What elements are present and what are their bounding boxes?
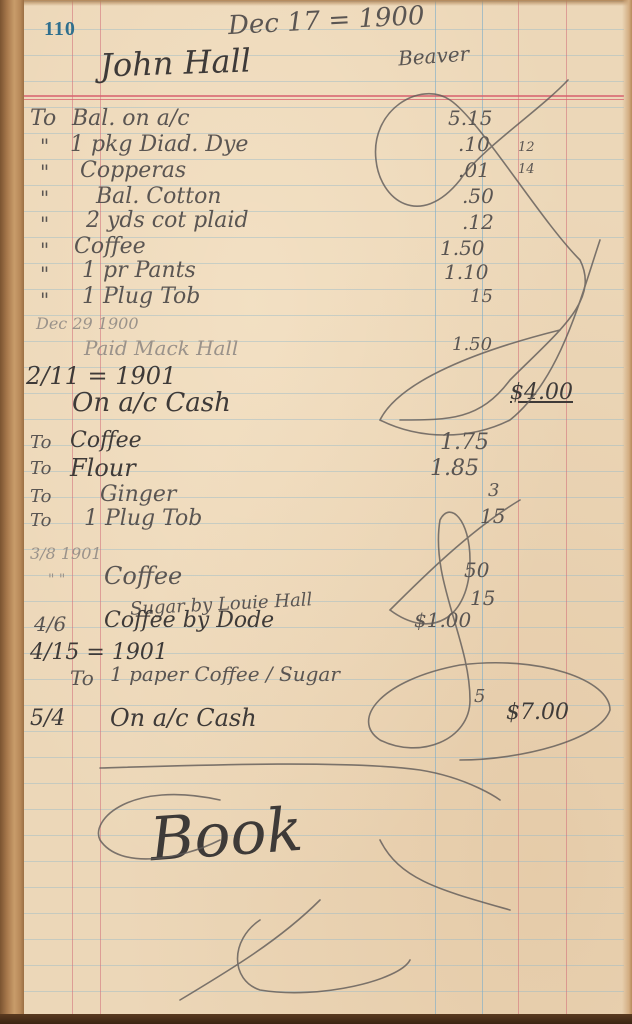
- entry-description: 1 pr Pants: [82, 258, 196, 283]
- entry-amount: 1.50: [452, 334, 492, 355]
- entry-mark: ": [40, 160, 49, 184]
- entry-description: Bal. on a/c: [72, 106, 190, 131]
- entry-description: 1 Plug Tob: [82, 284, 200, 309]
- entry-mark: To: [30, 432, 51, 453]
- entry-date: 3/8 1901: [30, 544, 102, 563]
- page-bottom-edge: [0, 1014, 632, 1024]
- entry-mark: To: [70, 666, 94, 690]
- entry-mark: To: [30, 486, 51, 507]
- entry-amount: .01: [458, 158, 490, 182]
- entry-amount: 5.15: [448, 106, 493, 130]
- entry-description: Coffee: [74, 234, 146, 259]
- entry-date: 5/4: [30, 706, 65, 731]
- credit-description: On a/c Cash: [72, 388, 231, 418]
- entry-description: On a/c Cash: [110, 704, 257, 732]
- entry-description: 2 yds cot plaid: [86, 208, 249, 233]
- entry-amount: 15: [480, 504, 505, 528]
- entry-mark: To: [30, 106, 56, 131]
- entry-mark: ": [40, 238, 49, 262]
- entry-description: Bal. Cotton: [96, 184, 221, 209]
- entry-mark: ": [40, 262, 49, 286]
- entry-description: Paid Mack Hall: [84, 336, 238, 360]
- column-rule-blue: [435, 0, 436, 1016]
- entry-amount: .12: [462, 210, 494, 234]
- entry-extra: 14: [518, 162, 535, 177]
- entry-description: Ginger: [100, 482, 176, 507]
- entry-description: 1 paper Coffee / Sugar: [110, 662, 340, 686]
- footer-annotation: Book: [148, 795, 305, 875]
- entry-description: Coffee: [104, 562, 182, 590]
- header-rule: [24, 95, 624, 97]
- page-edge-right: [622, 0, 632, 1016]
- credit-amount: $4.00: [510, 380, 573, 405]
- page-edge-top: [0, 0, 632, 6]
- credit-date: 2/11 = 1901: [26, 362, 176, 390]
- entry-mark: To: [30, 510, 51, 531]
- entry-extra: 12: [518, 140, 535, 155]
- entry-description: Copperas: [80, 158, 186, 183]
- page-edge-binding: [0, 0, 24, 1016]
- header-note: Beaver: [397, 42, 470, 71]
- entry-mark: To: [30, 458, 51, 479]
- entry-description: 1 Plug Tob: [84, 506, 202, 531]
- entry-amount: 15: [470, 586, 495, 610]
- entry-mark: ": [40, 186, 49, 210]
- entry-mark: ": [40, 288, 49, 312]
- entry-amount: $1.00: [414, 608, 471, 632]
- entry-description: Coffee by Dode: [104, 608, 274, 633]
- entry-description: 1 pkg Diad. Dye: [70, 132, 248, 157]
- entry-amount: 1.50: [440, 236, 485, 260]
- entry-mark: " ": [48, 572, 65, 588]
- page-number: 110: [44, 18, 76, 41]
- entry-description: Coffee: [70, 428, 142, 453]
- header-rule: [24, 99, 624, 100]
- entry-amount: .10: [458, 132, 490, 156]
- entry-description: Flour: [70, 454, 136, 482]
- entry-amount: 5: [474, 686, 485, 707]
- entry-amount: 1.85: [430, 456, 479, 481]
- entry-amount: .50: [462, 184, 494, 208]
- entry-mark: ": [40, 212, 49, 236]
- entry-amount: 3: [488, 480, 499, 501]
- entry-mark: 4/6: [34, 612, 66, 636]
- column-rule-red: [566, 0, 567, 1016]
- entry-amount: 1.75: [440, 430, 489, 455]
- entry-mark: ": [40, 134, 49, 158]
- entry-date: Dec 29 1900: [36, 314, 139, 333]
- header-name: John Hall: [99, 41, 251, 84]
- entry-amount: $7.00: [506, 700, 569, 725]
- ledger-page: 110 Dec 17 = 1900 John Hall Beaver To Ba…: [0, 0, 632, 1016]
- entry-amount: 1.10: [444, 260, 489, 284]
- entry-amount: 15: [470, 286, 493, 307]
- entry-amount: 50: [464, 558, 489, 582]
